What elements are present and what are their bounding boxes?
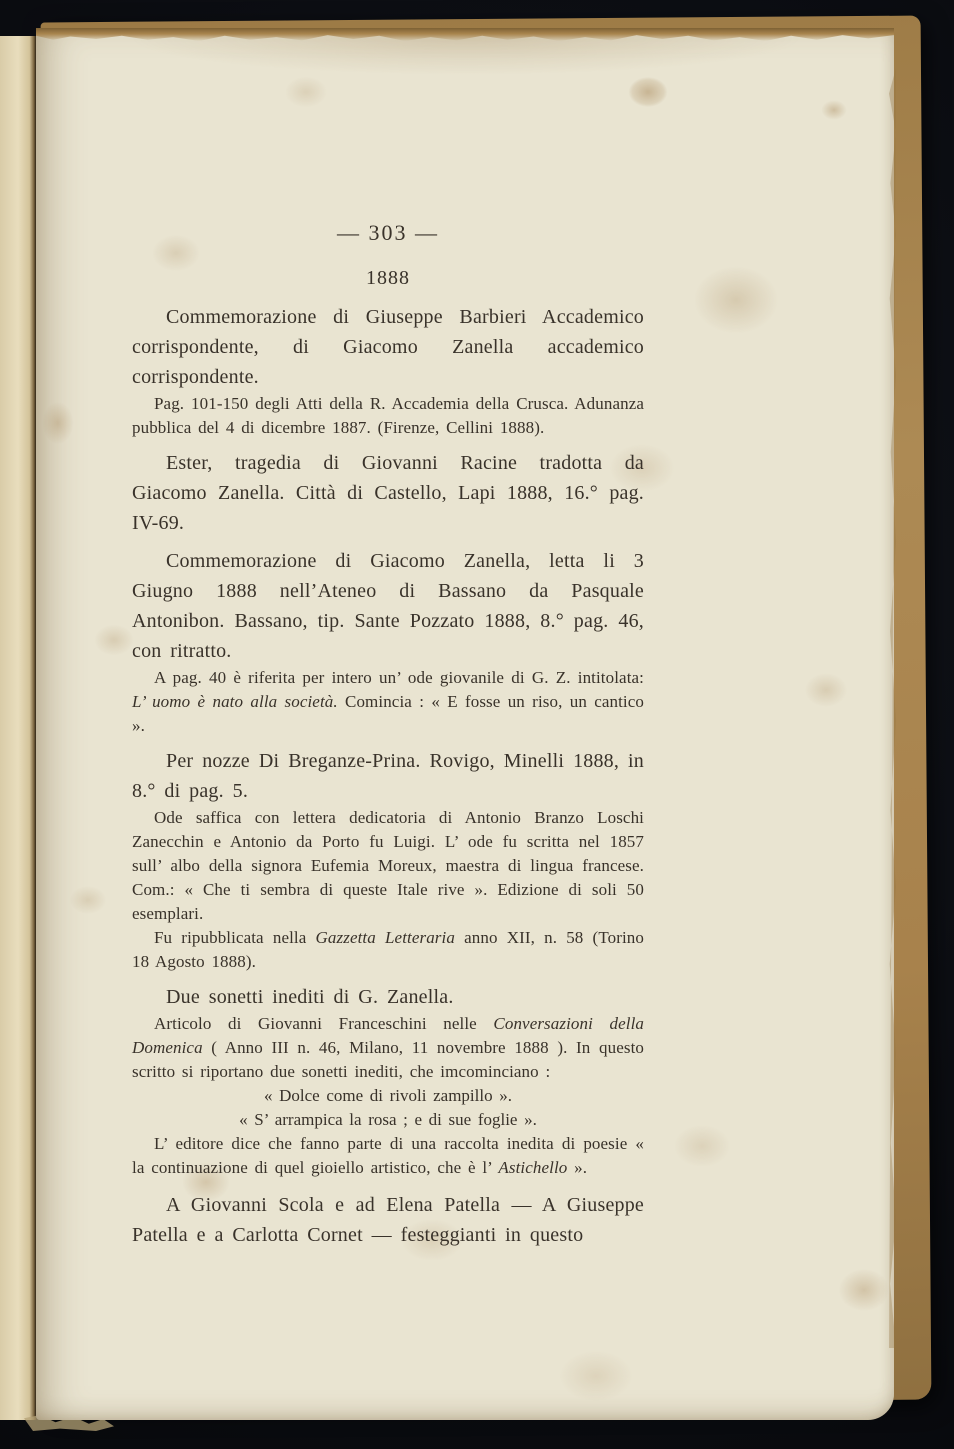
note-text: Articolo di Giovanni Franceschini nelle: [154, 1014, 493, 1033]
adjacent-page-edge: [0, 36, 36, 1420]
note-text: Fu ripubblicata nella: [154, 928, 316, 947]
entry-commemorazione-barbieri-note: Pag. 101-150 degli Atti della R. Accadem…: [132, 392, 644, 440]
note-text: ( Anno III n. 46, Milano, 11 novembre 18…: [132, 1038, 644, 1081]
entry-due-sonetti-note: Articolo di Giovanni Franceschini nelle …: [132, 1012, 644, 1084]
note-text: A pag. 40 è riferita per intero un’ ode …: [154, 668, 644, 687]
entry-due-sonetti: Due sonetti inediti di G. Zanella.: [132, 982, 644, 1012]
entry-commemorazione-barbieri: Commemorazione di Giuseppe Barbieri Acca…: [132, 302, 644, 392]
entry-per-nozze: Per nozze Di Breganze-Prina. Rovigo, Min…: [132, 746, 644, 806]
entry-nozze-scola-patella: A Giovanni Scola e ad Elena Patella — A …: [132, 1190, 644, 1250]
sonnet-incipit-2: « S’ arrampica la rosa ; e di sue foglie…: [132, 1108, 644, 1132]
ode-title-italic: L’ uomo è nato alla società.: [132, 692, 338, 711]
book-page: — 303 — 1888 Commemorazione di Giuseppe …: [36, 28, 894, 1420]
printed-text-column: — 303 — 1888 Commemorazione di Giuseppe …: [132, 218, 644, 1250]
entry-ester-tragedia: Ester, tragedia di Giovanni Racine trado…: [132, 448, 644, 538]
page-number: — 303 —: [132, 218, 644, 248]
year-heading: 1888: [132, 264, 644, 292]
sonnet-incipit-1: « Dolce come di rivoli zampillo ».: [132, 1084, 644, 1108]
entry-per-nozze-republication-note: Fu ripubblicata nella Gazzetta Letterari…: [132, 926, 644, 974]
work-title-italic: Astichello: [498, 1158, 567, 1177]
entry-commemorazione-zanella-note: A pag. 40 è riferita per intero un’ ode …: [132, 666, 644, 738]
journal-title-italic: Gazzetta Letteraria: [316, 928, 455, 947]
entry-per-nozze-note: Ode saffica con lettera dedicatoria di A…: [132, 806, 644, 926]
note-text: ».: [567, 1158, 587, 1177]
entry-commemorazione-zanella: Commemorazione di Giacomo Zanella, letta…: [132, 546, 644, 666]
entry-due-sonetti-editor-note: L’ editore dice che fanno parte di una r…: [132, 1132, 644, 1180]
toned-top-edge: [36, 28, 894, 41]
